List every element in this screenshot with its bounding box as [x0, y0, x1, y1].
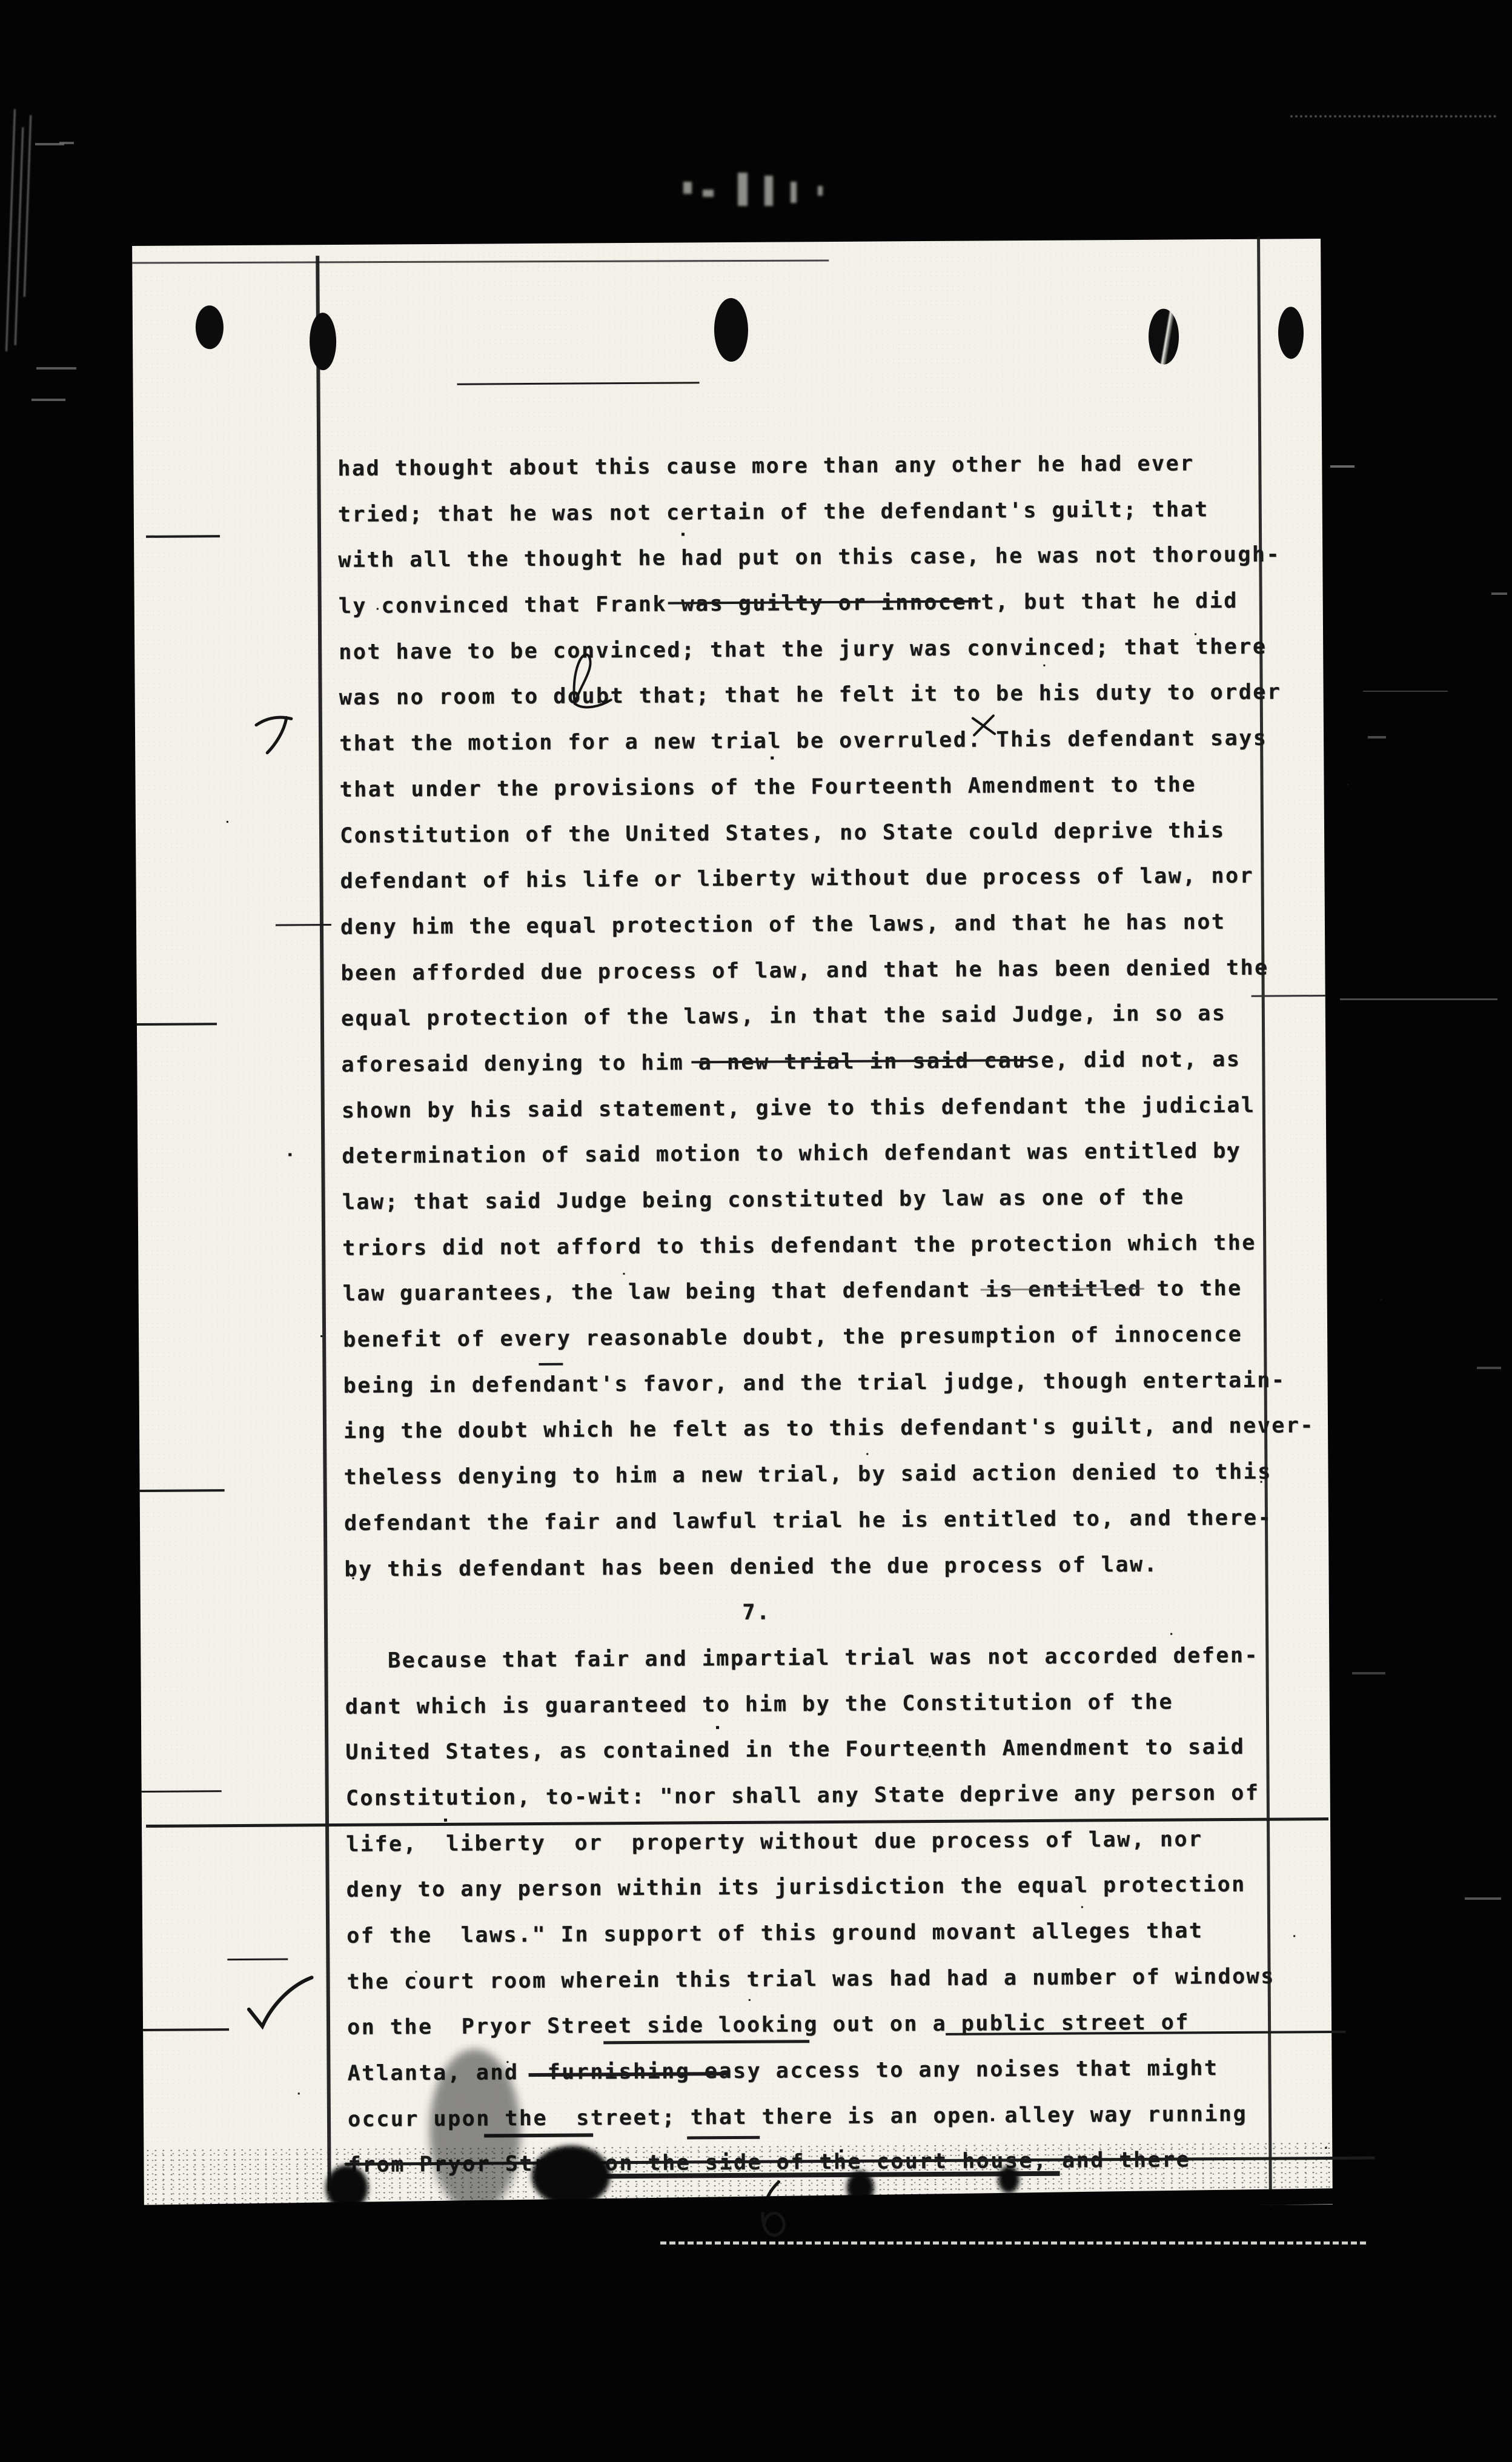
margin-tick [1368, 736, 1386, 738]
text-line: not have to be convinced; that the jury … [339, 623, 1368, 675]
pencil-dash [143, 2028, 229, 2031]
film-edge-mark [36, 367, 76, 370]
punch-hole [310, 313, 337, 370]
text-line: the court room wherein this trial was ha… [346, 1953, 1376, 2005]
punch-hole [714, 298, 749, 362]
text-line: dant which is guaranteed to him by the C… [345, 1678, 1375, 1730]
stray-line [457, 382, 700, 385]
film-edge-mark [31, 399, 65, 401]
text-line: ly convinced that Frank was guilty or in… [339, 578, 1368, 630]
text-line: deny to any person within its jurisdicti… [346, 1862, 1376, 1914]
text-line: law; that said Judge being constituted b… [342, 1174, 1372, 1226]
pencil-dash [146, 535, 220, 538]
text-line: that under the provisions of the Fourtee… [339, 761, 1369, 813]
film-edge-scratch [15, 127, 24, 345]
text-line: deny him the equal protection of the law… [340, 898, 1370, 951]
pencil-dash [539, 1363, 563, 1365]
handwritten-x-mark [970, 713, 997, 737]
text-line: had thought about this cause more than a… [337, 440, 1367, 493]
text-line: that the motion for a new trial be overr… [339, 715, 1369, 768]
handwritten-checkmark-icon [244, 1973, 317, 2034]
punch-hole [1278, 307, 1304, 359]
pencil-dash [227, 1959, 288, 1961]
text-line: theless denying to him a new trial, by s… [343, 1449, 1373, 1501]
ruled-margin-line-left [316, 256, 331, 2191]
text-line: benefit of every reasonable doubt, the p… [343, 1312, 1373, 1364]
margin-tick [1465, 1897, 1501, 1900]
ink-blotch [998, 2166, 1019, 2193]
film-edge-mark [59, 142, 74, 144]
text-line: been afforded due process of law, and th… [340, 944, 1370, 997]
pencil-dash [137, 1023, 217, 1026]
text-line: on the Pryor Street side looking out on … [347, 1999, 1377, 2051]
text-line: being in defendant's favor, and the tria… [343, 1357, 1373, 1409]
film-edge-dotted-line [1290, 115, 1496, 118]
text-line: Because that fair and impartial trial wa… [345, 1632, 1374, 1684]
ink-specks [132, 246, 134, 248]
crease-line [132, 260, 829, 264]
text-line: Constitution, to-wit: "nor shall any Sta… [346, 1770, 1376, 1822]
text-line: United States, as contained in the Fourt… [345, 1724, 1375, 1776]
text-line: of the laws." In support of this ground … [346, 1908, 1376, 1960]
inserted-letter-mark [566, 643, 621, 716]
text-line: 7. [242, 1587, 1272, 1639]
ink-blotch [531, 2145, 611, 2206]
text-line: equal protection of the laws, in that th… [341, 990, 1371, 1043]
paper-sheet: had thought about this cause more than a… [132, 239, 1333, 2212]
punch-hole [196, 305, 224, 349]
handwritten-seven [251, 711, 306, 760]
text-line: Constitution of the United States, no St… [340, 807, 1370, 859]
margin-tick [1363, 691, 1448, 692]
text-line: was no room to doubt that; that he felt … [339, 669, 1368, 722]
text-line: triors did not afford to this defendant … [342, 1219, 1372, 1272]
film-edge-scratch [5, 109, 16, 351]
ink-smudge-streak [429, 2049, 521, 2213]
underline-mark [687, 2136, 760, 2140]
text-line: by this defendant has been denied the du… [344, 1541, 1374, 1593]
margin-tick [1477, 1367, 1501, 1369]
text-line: determination of said motion to which de… [342, 1128, 1371, 1180]
text-line: with all the thought he had put on this … [338, 532, 1368, 584]
text-line: ing the doubt which he felt as to this d… [343, 1403, 1373, 1455]
pencil-dash [140, 1489, 225, 1492]
faint-stamp-marks [666, 167, 848, 215]
text-line: shown by his said statement, give to thi… [342, 1082, 1371, 1134]
typewritten-text-block: had thought about this cause more than a… [337, 440, 1378, 2189]
pencil-dash [276, 924, 331, 926]
text-line: defendant of his life or liberty without… [340, 853, 1370, 905]
margin-tick [1491, 592, 1507, 595]
punch-hole [1149, 308, 1179, 364]
text-line: law guarantees, the law being that defen… [342, 1266, 1372, 1318]
film-edge-scratch [24, 115, 31, 297]
text-line: tried; that he was not certain of the de… [338, 486, 1368, 538]
pencil-dash [142, 1790, 222, 1793]
text-line: defendant the fair and lawful trial he i… [344, 1495, 1374, 1547]
